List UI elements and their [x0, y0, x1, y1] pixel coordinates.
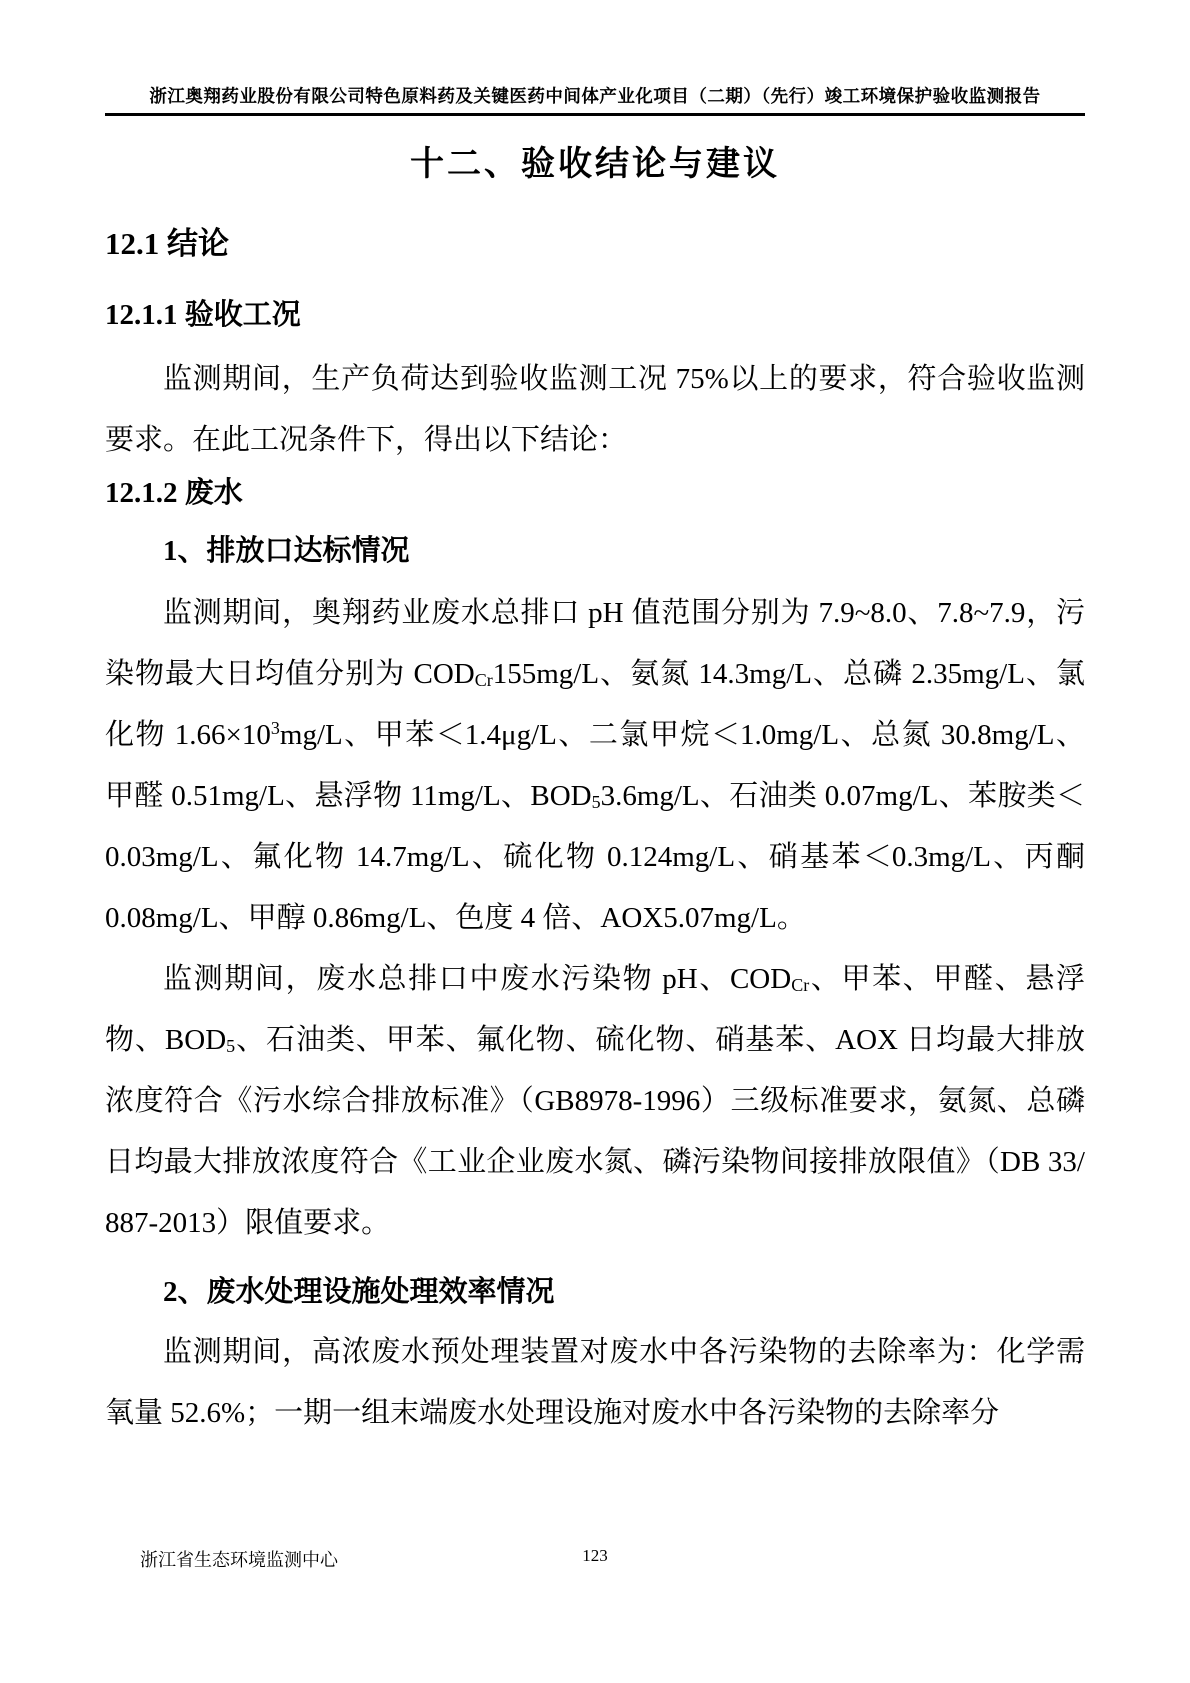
footer-page-number: 123	[0, 1546, 1190, 1566]
header-rule-divider	[105, 113, 1085, 116]
paragraph-acceptance-conditions-text: 监测期间，生产负荷达到验收监测工况 75%以上的要求，符合验收监测要求。在此工况…	[105, 363, 1085, 456]
report-page: 浙江奥翔药业股份有限公司特色原料药及关键医药中间体产业化项目（二期）（先行）竣工…	[0, 0, 1190, 1683]
standards-text-3: 、石油类、甲苯、氟化物、硫化物、硝基苯、AOX 日均最大排放浓度符合《污水综合排…	[105, 1024, 1085, 1239]
paragraph-discharge-limits: 监测期间，奥翔药业废水总排口 pH 值范围分别为 7.9~8.0、7.8~7.9…	[105, 583, 1085, 949]
page-footer: 浙江省生态环境监测中心 123	[0, 1546, 1190, 1576]
section-heading-12-1-2: 12.1.2 废水	[105, 473, 1085, 513]
chapter-title: 十二、验收结论与建议	[105, 140, 1085, 188]
paragraph-standards-compliance: 监测期间，废水总排口中废水污染物 pH、CODCr、甲苯、甲醛、悬浮物、BOD5…	[105, 949, 1085, 1254]
paragraph-treatment-efficiency: 监测期间，高浓废水预处理装置对废水中各污染物的去除率为：化学需氧量 52.6%；…	[105, 1322, 1085, 1444]
paragraph-treatment-efficiency-text: 监测期间，高浓废水预处理装置对废水中各污染物的去除率为：化学需氧量 52.6%；…	[105, 1336, 1085, 1429]
section-heading-12-1-1: 12.1.1 验收工况	[105, 295, 1085, 335]
superscript-3: 3	[271, 718, 280, 738]
paragraph-acceptance-conditions: 监测期间，生产负荷达到验收监测工况 75%以上的要求，符合验收监测要求。在此工况…	[105, 349, 1085, 471]
page-content: 浙江奥翔药业股份有限公司特色原料药及关键医药中间体产业化项目（二期）（先行）竣工…	[105, 0, 1085, 1444]
subsection-heading-treatment-efficiency: 2、废水处理设施处理效率情况	[105, 1272, 1085, 1312]
subscript-cr: Cr	[475, 670, 493, 690]
running-header: 浙江奥翔药业股份有限公司特色原料药及关键医药中间体产业化项目（二期）（先行）竣工…	[105, 0, 1085, 108]
subscript-5: 5	[592, 792, 601, 812]
section-heading-12-1: 12.1 结论	[105, 222, 1085, 265]
subscript-cr: Cr	[791, 975, 809, 995]
subsection-heading-discharge-compliance: 1、排放口达标情况	[105, 531, 1085, 571]
standards-text-1: 监测期间，废水总排口中废水污染物 pH、COD	[163, 963, 791, 995]
subscript-5: 5	[226, 1036, 235, 1056]
